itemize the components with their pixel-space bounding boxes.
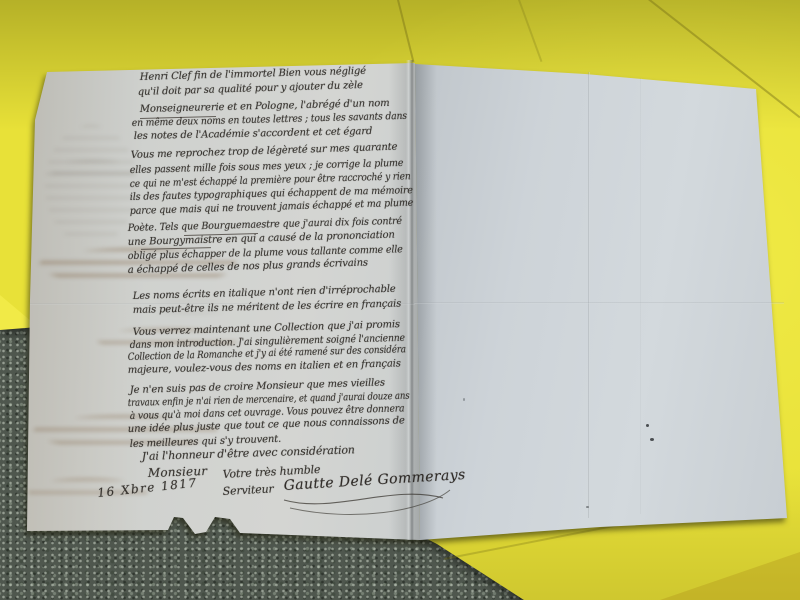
letter-salutation: Monsieur [148, 466, 208, 478]
ink-speck [463, 398, 465, 401]
ink-showthrough [45, 125, 137, 245]
letter-right-page [410, 58, 795, 542]
photo-of-letter: Henri Clef fin de l'immortel Bien vous n… [0, 0, 800, 600]
letter-closing-2: Serviteur [222, 484, 273, 497]
right-page-crease [588, 72, 590, 518]
ink-speck [646, 424, 649, 427]
ink-showthrough [50, 160, 136, 180]
ink-speck [586, 506, 589, 508]
signature-flourish [278, 478, 458, 520]
ink-speck [650, 438, 654, 441]
right-page-crease [640, 78, 642, 514]
center-fold [406, 60, 414, 540]
right-page-crease [414, 302, 784, 304]
